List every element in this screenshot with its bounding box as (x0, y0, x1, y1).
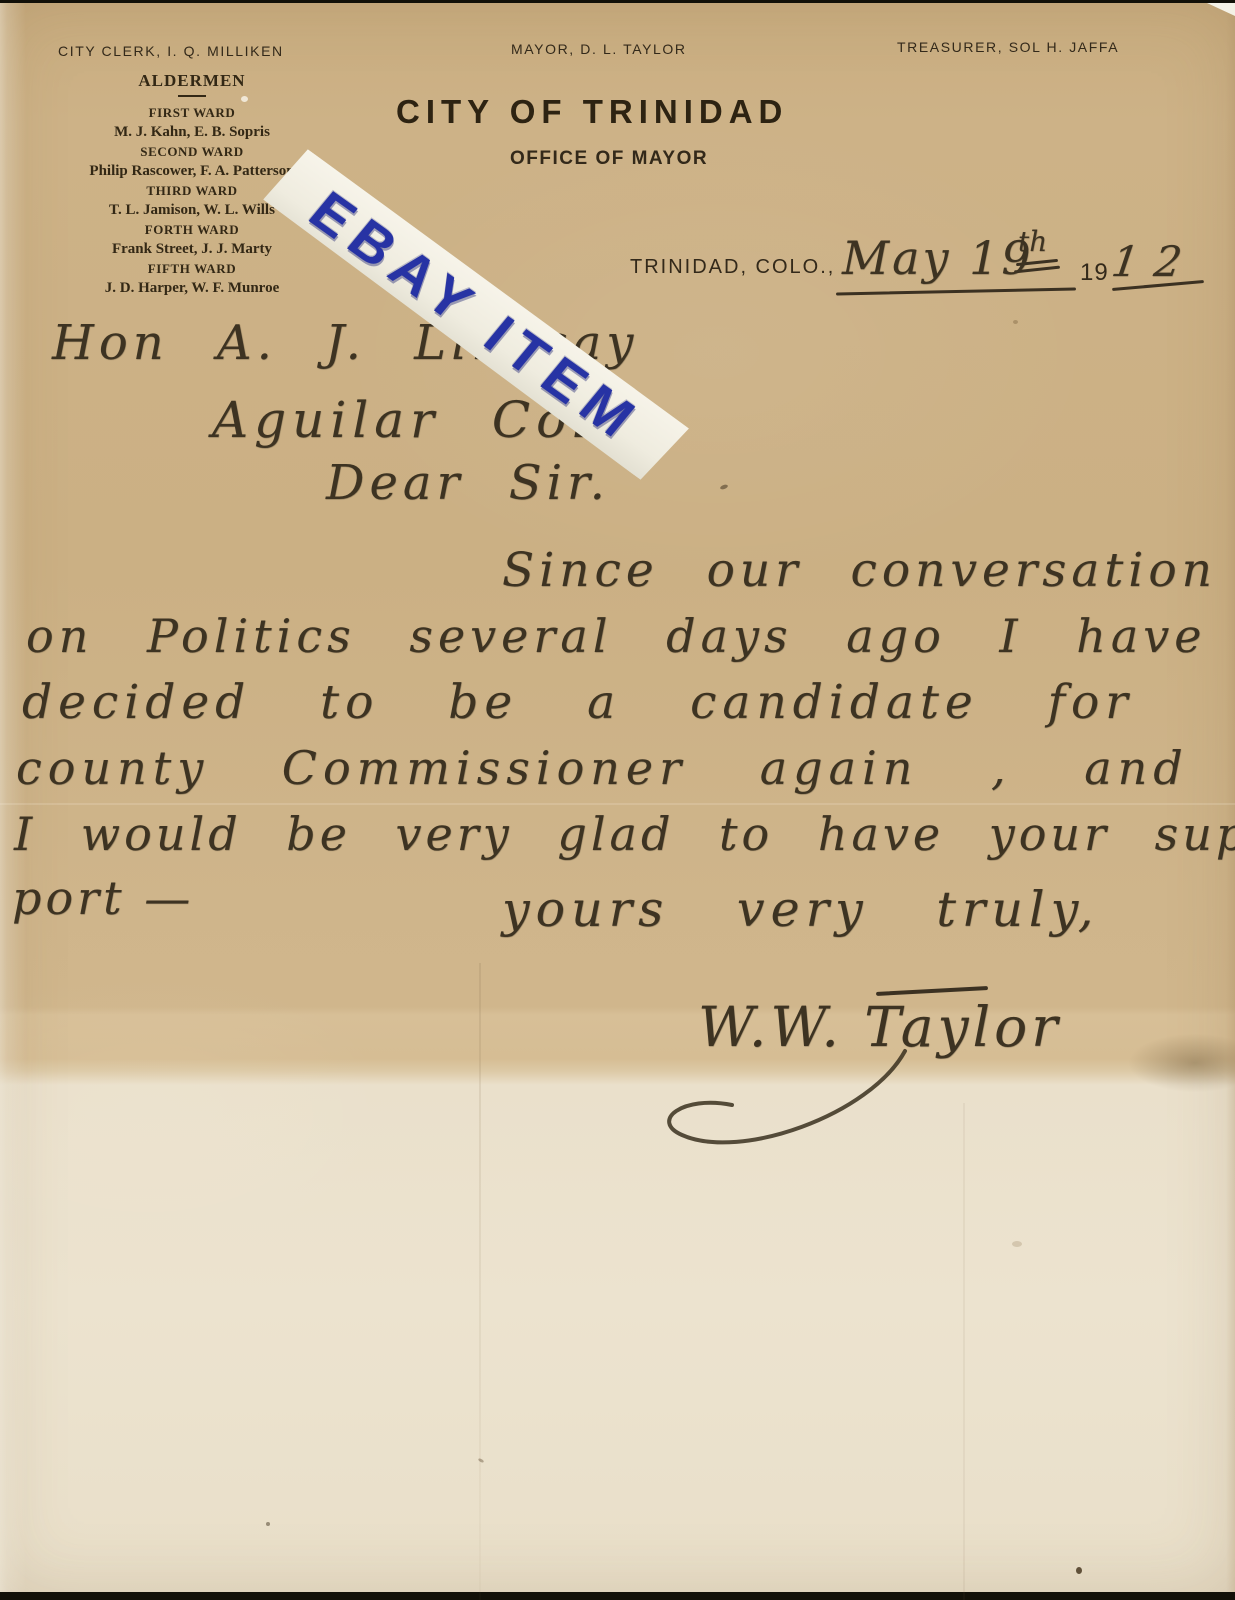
paper-speck (266, 1522, 270, 1526)
aldermen-rule (178, 95, 206, 97)
letter-paper: CITY CLERK, I. Q. MILLIKEN MAYOR, D. L. … (0, 3, 1235, 1592)
signature-descender-flourish (620, 1043, 1020, 1173)
ward-names: J. D. Harper, W. F. Munroe (32, 279, 352, 299)
handwritten-date-ordinal: th (1018, 225, 1047, 258)
page-corner-notch (1207, 3, 1235, 16)
date-underline (836, 287, 1076, 295)
treasurer-line: TREASURER, SOL H. JAFFA (897, 39, 1119, 55)
letterhead-title: CITY OF TRINIDAD (396, 93, 788, 131)
paper-stain (1012, 1241, 1022, 1247)
body-line: Since our conversation (502, 543, 1217, 598)
closing-line: yours very truly, (502, 881, 1099, 938)
printed-year-prefix: 19 (1080, 259, 1109, 287)
mayor-line: MAYOR, D. L. TAYLOR (511, 41, 687, 57)
paper-speck (1076, 1567, 1082, 1574)
dateline-city: TRINIDAD, COLO., (630, 256, 835, 279)
body-line: on Politics several days ago I have (26, 609, 1206, 663)
ward-names: M. J. Kahn, E. B. Sopris (32, 123, 352, 143)
letterhead-office: OFFICE OF MAYOR (510, 148, 708, 170)
body-line: I would be very glad to have your sup- (14, 807, 1235, 861)
paper-crease (479, 963, 481, 1600)
paper-crease (0, 803, 1235, 805)
ward-label: FIFTH WARD (32, 259, 352, 279)
signature: W.W. Taylor (698, 995, 1062, 1059)
salutation-line: Dear Sir. (326, 455, 610, 511)
handwritten-year-digits: 12 (1109, 237, 1201, 286)
handwritten-date: May 19 (842, 231, 1034, 285)
ward-label: FIRST WARD (32, 103, 352, 123)
body-line: port — (12, 871, 194, 925)
body-line: county Commissioner again , and (16, 741, 1189, 795)
aldermen-heading: ALDERMEN (32, 71, 352, 91)
paper-speck (720, 484, 729, 490)
paper-speck (1013, 320, 1018, 324)
scanned-letter-image: CITY CLERK, I. Q. MILLIKEN MAYOR, D. L. … (0, 0, 1235, 1600)
city-clerk-line: CITY CLERK, I. Q. MILLIKEN (58, 43, 284, 59)
body-line: decided to be a candidate for (22, 675, 1134, 730)
ward-names: Frank Street, J. J. Marty (32, 240, 352, 260)
paper-crease (963, 1103, 965, 1600)
